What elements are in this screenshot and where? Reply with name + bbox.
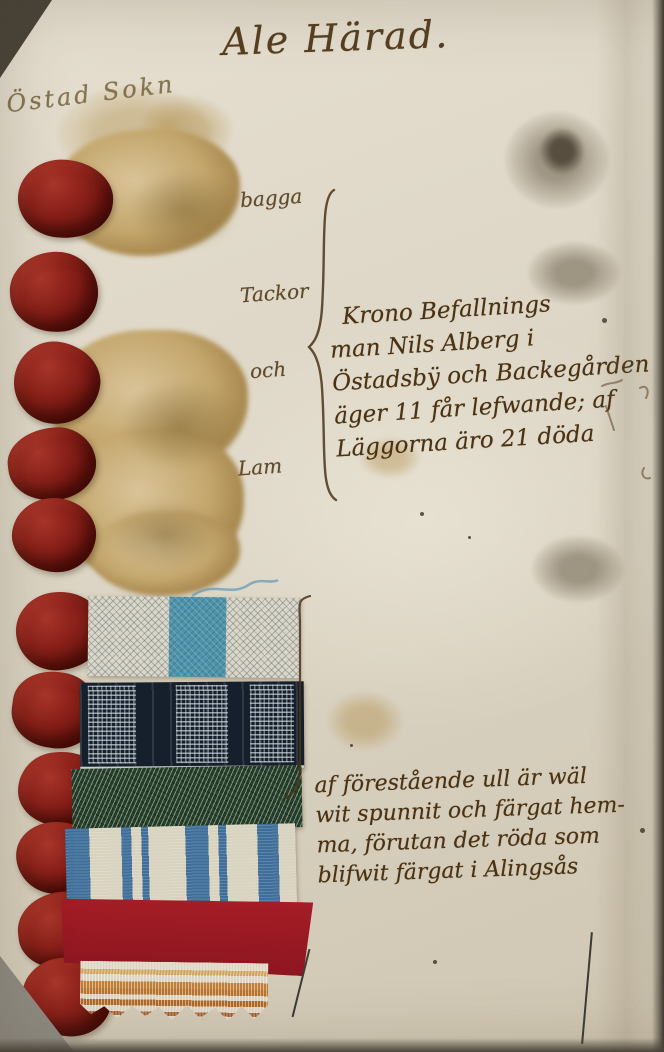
speck [350,744,353,747]
speck [468,536,471,539]
label-lam: Lam [237,453,283,480]
bracket-lower [284,594,316,802]
page-corner-dark [0,0,52,78]
swatch-blue-stripes [65,823,297,909]
fingerprint-smudge [540,128,584,174]
loose-thread [581,932,592,1044]
speck [420,512,424,516]
parish-name: Östad Sokn [5,70,177,118]
speck [433,960,437,964]
loose-thread [190,576,280,602]
stain [328,692,402,750]
label-tackor: Tackor [239,279,309,308]
swatch-navy-check [80,681,305,770]
manuscript-page: Ale Härad. Östad Sokn bagga Tackor och L… [0,0,664,1052]
sample-note: af förestående ull är wäl wit spunnit oc… [314,761,627,892]
page-curve-shadow [596,0,646,1052]
page-edge-right [652,0,664,1052]
label-bagge: bagga [239,184,303,212]
blue-band [168,597,226,678]
fingerprint-smudge [505,112,609,208]
label-och: och [249,357,287,383]
page-edge-bottom [0,1038,664,1052]
swatch-green-twill [71,765,302,831]
page-title: Ale Härad. [221,12,450,64]
swatch-white-diamond-twill [88,596,301,678]
red-wax-seal [7,249,100,335]
